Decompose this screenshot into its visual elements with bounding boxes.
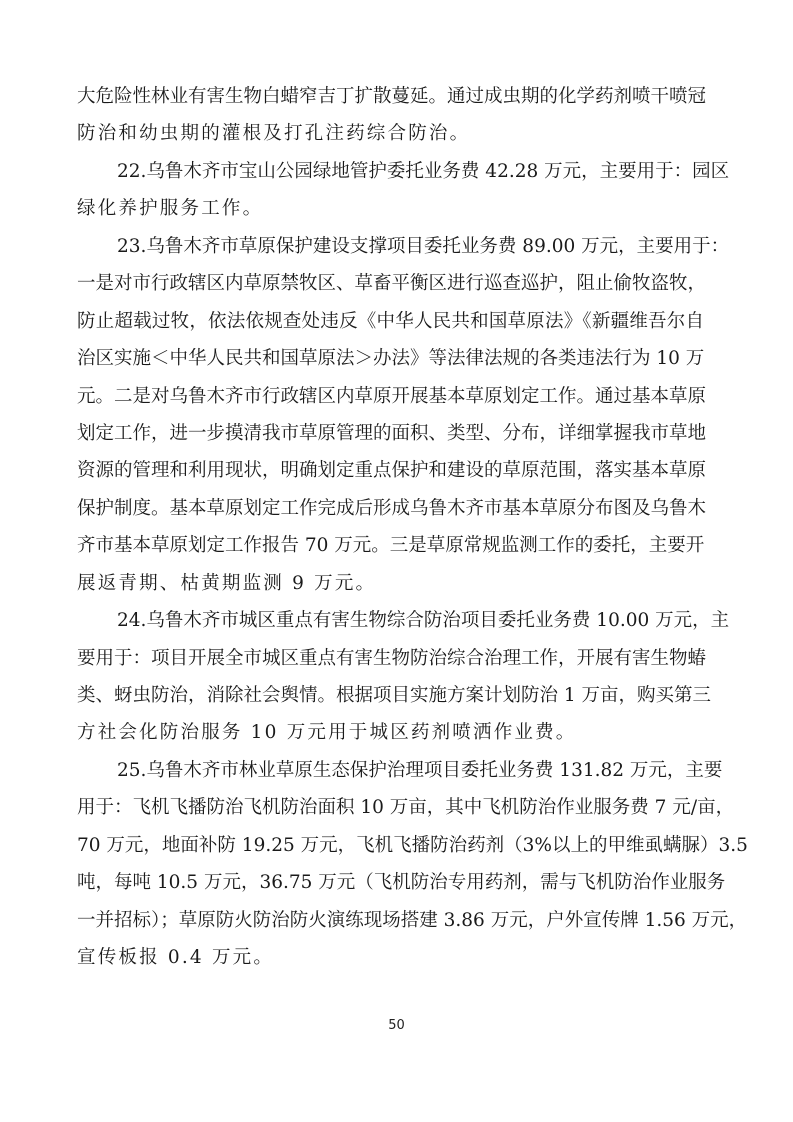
text-line: 25.乌鲁木齐市林业草原生态保护治理项目委托业务费 131.82 万元，主要 xyxy=(77,752,704,789)
paragraph-25: 25.乌鲁木齐市林业草原生态保护治理项目委托业务费 131.82 万元，主要 用… xyxy=(77,752,704,977)
text-line: 22.乌鲁木齐市宝山公园绿地管护委托业务费 42.28 万元，主要用于：园区 xyxy=(77,153,704,190)
document-page: 大危险性林业有害生物白蜡窄吉丁扩散蔓延。通过成虫期的化学药剂喷干喷冠 防治和幼虫… xyxy=(0,0,793,1122)
text-line: 大危险性林业有害生物白蜡窄吉丁扩散蔓延。通过成虫期的化学药剂喷干喷冠 xyxy=(77,78,704,115)
text-line: 划定工作，进一步摸清我市草原管理的面积、类型、分布，详细掌握我市草地 xyxy=(77,415,704,452)
text-line: 要用于：项目开展全市城区重点有害生物防治综合治理工作，开展有害生物蝽 xyxy=(77,640,704,677)
document-body: 大危险性林业有害生物白蜡窄吉丁扩散蔓延。通过成虫期的化学药剂喷干喷冠 防治和幼虫… xyxy=(77,78,704,977)
text-line: 23.乌鲁木齐市草原保护建设支撑项目委托业务费 89.00 万元，主要用于： xyxy=(77,228,704,265)
text-line: 类、蚜虫防治，消除社会舆情。根据项目实施方案计划防治 1 万亩，购买第三 xyxy=(77,677,704,714)
text-line: 绿化养护服务工作。 xyxy=(77,190,704,227)
paragraph-22: 22.乌鲁木齐市宝山公园绿地管护委托业务费 42.28 万元，主要用于：园区 绿… xyxy=(77,153,704,228)
paragraph-23: 23.乌鲁木齐市草原保护建设支撑项目委托业务费 89.00 万元，主要用于： 一… xyxy=(77,228,704,602)
text-line: 展返青期、枯黄期监测 9 万元。 xyxy=(77,565,704,602)
text-line: 宣传板报 0.4 万元。 xyxy=(77,939,704,976)
text-line: 防止超载过牧，依法依规查处违反《中华人民共和国草原法》《新疆维吾尔自 xyxy=(77,303,704,340)
text-line: 一是对市行政辖区内草原禁牧区、草畜平衡区进行巡查巡护，阻止偷牧盗牧， xyxy=(77,265,704,302)
text-line: 元。二是对乌鲁木齐市行政辖区内草原开展基本草原划定工作。通过基本草原 xyxy=(77,378,704,415)
text-line: 治区实施＜中华人民共和国草原法＞办法》等法律法规的各类违法行为 10 万 xyxy=(77,340,704,377)
text-line: 70 万元，地面补防 19.25 万元，飞机飞播防治药剂（3%以上的甲维虱螨脲）… xyxy=(77,827,704,864)
text-line: 齐市基本草原划定工作报告 70 万元。三是草原常规监测工作的委托，主要开 xyxy=(77,527,704,564)
text-line: 一并招标）；草原防火防治防火演练现场搭建 3.86 万元，户外宣传牌 1.56 … xyxy=(77,902,704,939)
text-line: 防治和幼虫期的灌根及打孔注药综合防治。 xyxy=(77,115,704,152)
text-line: 保护制度。基本草原划定工作完成后形成乌鲁木齐市基本草原分布图及乌鲁木 xyxy=(77,490,704,527)
paragraph-24: 24.乌鲁木齐市城区重点有害生物综合防治项目委托业务费 10.00 万元，主 要… xyxy=(77,602,704,752)
page-number: 50 xyxy=(0,1018,793,1033)
text-line: 方社会化防治服务 10 万元用于城区药剂喷洒作业费。 xyxy=(77,714,704,751)
text-line: 资源的管理和利用现状，明确划定重点保护和建设的草原范围，落实基本草原 xyxy=(77,452,704,489)
text-line: 用于：飞机飞播防治飞机防治面积 10 万亩，其中飞机防治作业服务费 7 元/亩， xyxy=(77,789,704,826)
text-line: 24.乌鲁木齐市城区重点有害生物综合防治项目委托业务费 10.00 万元，主 xyxy=(77,602,704,639)
paragraph-21-continued: 大危险性林业有害生物白蜡窄吉丁扩散蔓延。通过成虫期的化学药剂喷干喷冠 防治和幼虫… xyxy=(77,78,704,153)
text-line: 吨，每吨 10.5 万元，36.75 万元（飞机防治专用药剂，需与飞机防治作业服… xyxy=(77,864,704,901)
